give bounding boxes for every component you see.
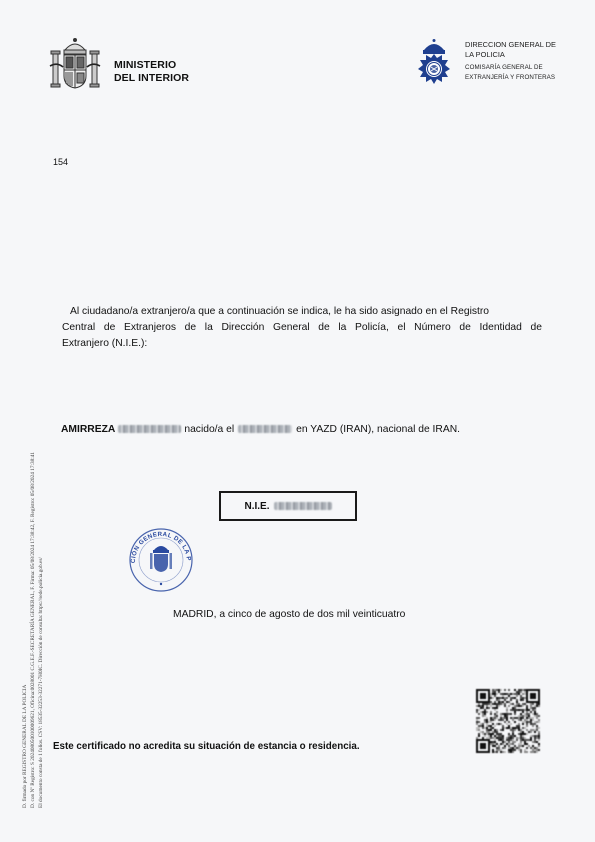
dept-line-2: LA POLICIA [465,50,556,60]
verification-qr-code-icon[interactable] [476,689,540,753]
holder-details: AMIRREZAnacido/a elen YAZD (IRAN), nacio… [61,424,460,435]
police-department-name: DIRECCION GENERAL DE LA POLICIA COMISARÍ… [465,40,556,82]
intro-line-1: Al ciudadano/a extranjero/a que a contin… [62,304,542,320]
nie-box: N.I.E. [219,491,357,521]
electronic-signature-margin: D. firmado por REGISTRO GENERAL DE LA PO… [22,338,45,808]
spain-coat-of-arms-icon [49,36,101,92]
holder-surname-redacted [118,425,181,433]
margin-line-3: El documento consta de 1 folios. CSV: 18… [38,338,46,808]
sub-dept-line-1: COMISARÍA GENERAL DE [465,63,556,73]
margin-line-2: D. con Nº Registro: S 202408050010000962… [30,338,38,808]
nie-value-redacted [274,502,332,510]
margin-line-1: D. firmado por REGISTRO GENERAL DE LA PO… [22,338,30,808]
date-of-birth-redacted [238,425,292,433]
ministry-line-1: MINISTERIO [114,59,189,72]
ministry-name: MINISTERIO DEL INTERIOR [114,59,189,84]
sub-dept-line-2: EXTRANJERÍA Y FRONTERAS [465,73,556,83]
born-label: nacido/a el [184,424,234,435]
ministry-line-2: DEL INTERIOR [114,72,189,85]
intro-line-2: Central de Extranjeros de la Dirección G… [62,320,542,336]
intro-paragraph: Al ciudadano/a extranjero/a que a contin… [62,304,542,353]
police-official-seal-icon: DIRECCIÓN GENERAL DE LA POLICÍA [125,526,197,592]
nie-label: N.I.E. [244,501,269,512]
intro-line-3: Extranjero (N.I.E.): [62,336,542,352]
disclaimer: Este certificado no acredita su situació… [53,741,360,752]
document-reference-number: 154 [53,157,68,167]
place-and-date: MADRID, a cinco de agosto de dos mil vei… [173,609,405,620]
policia-nacional-badge-icon [414,38,454,86]
holder-given-name: AMIRREZA [61,424,115,435]
dept-line-1: DIRECCION GENERAL DE [465,40,556,50]
birth-place-nationality: en YAZD (IRAN), nacional de IRAN. [296,424,460,435]
